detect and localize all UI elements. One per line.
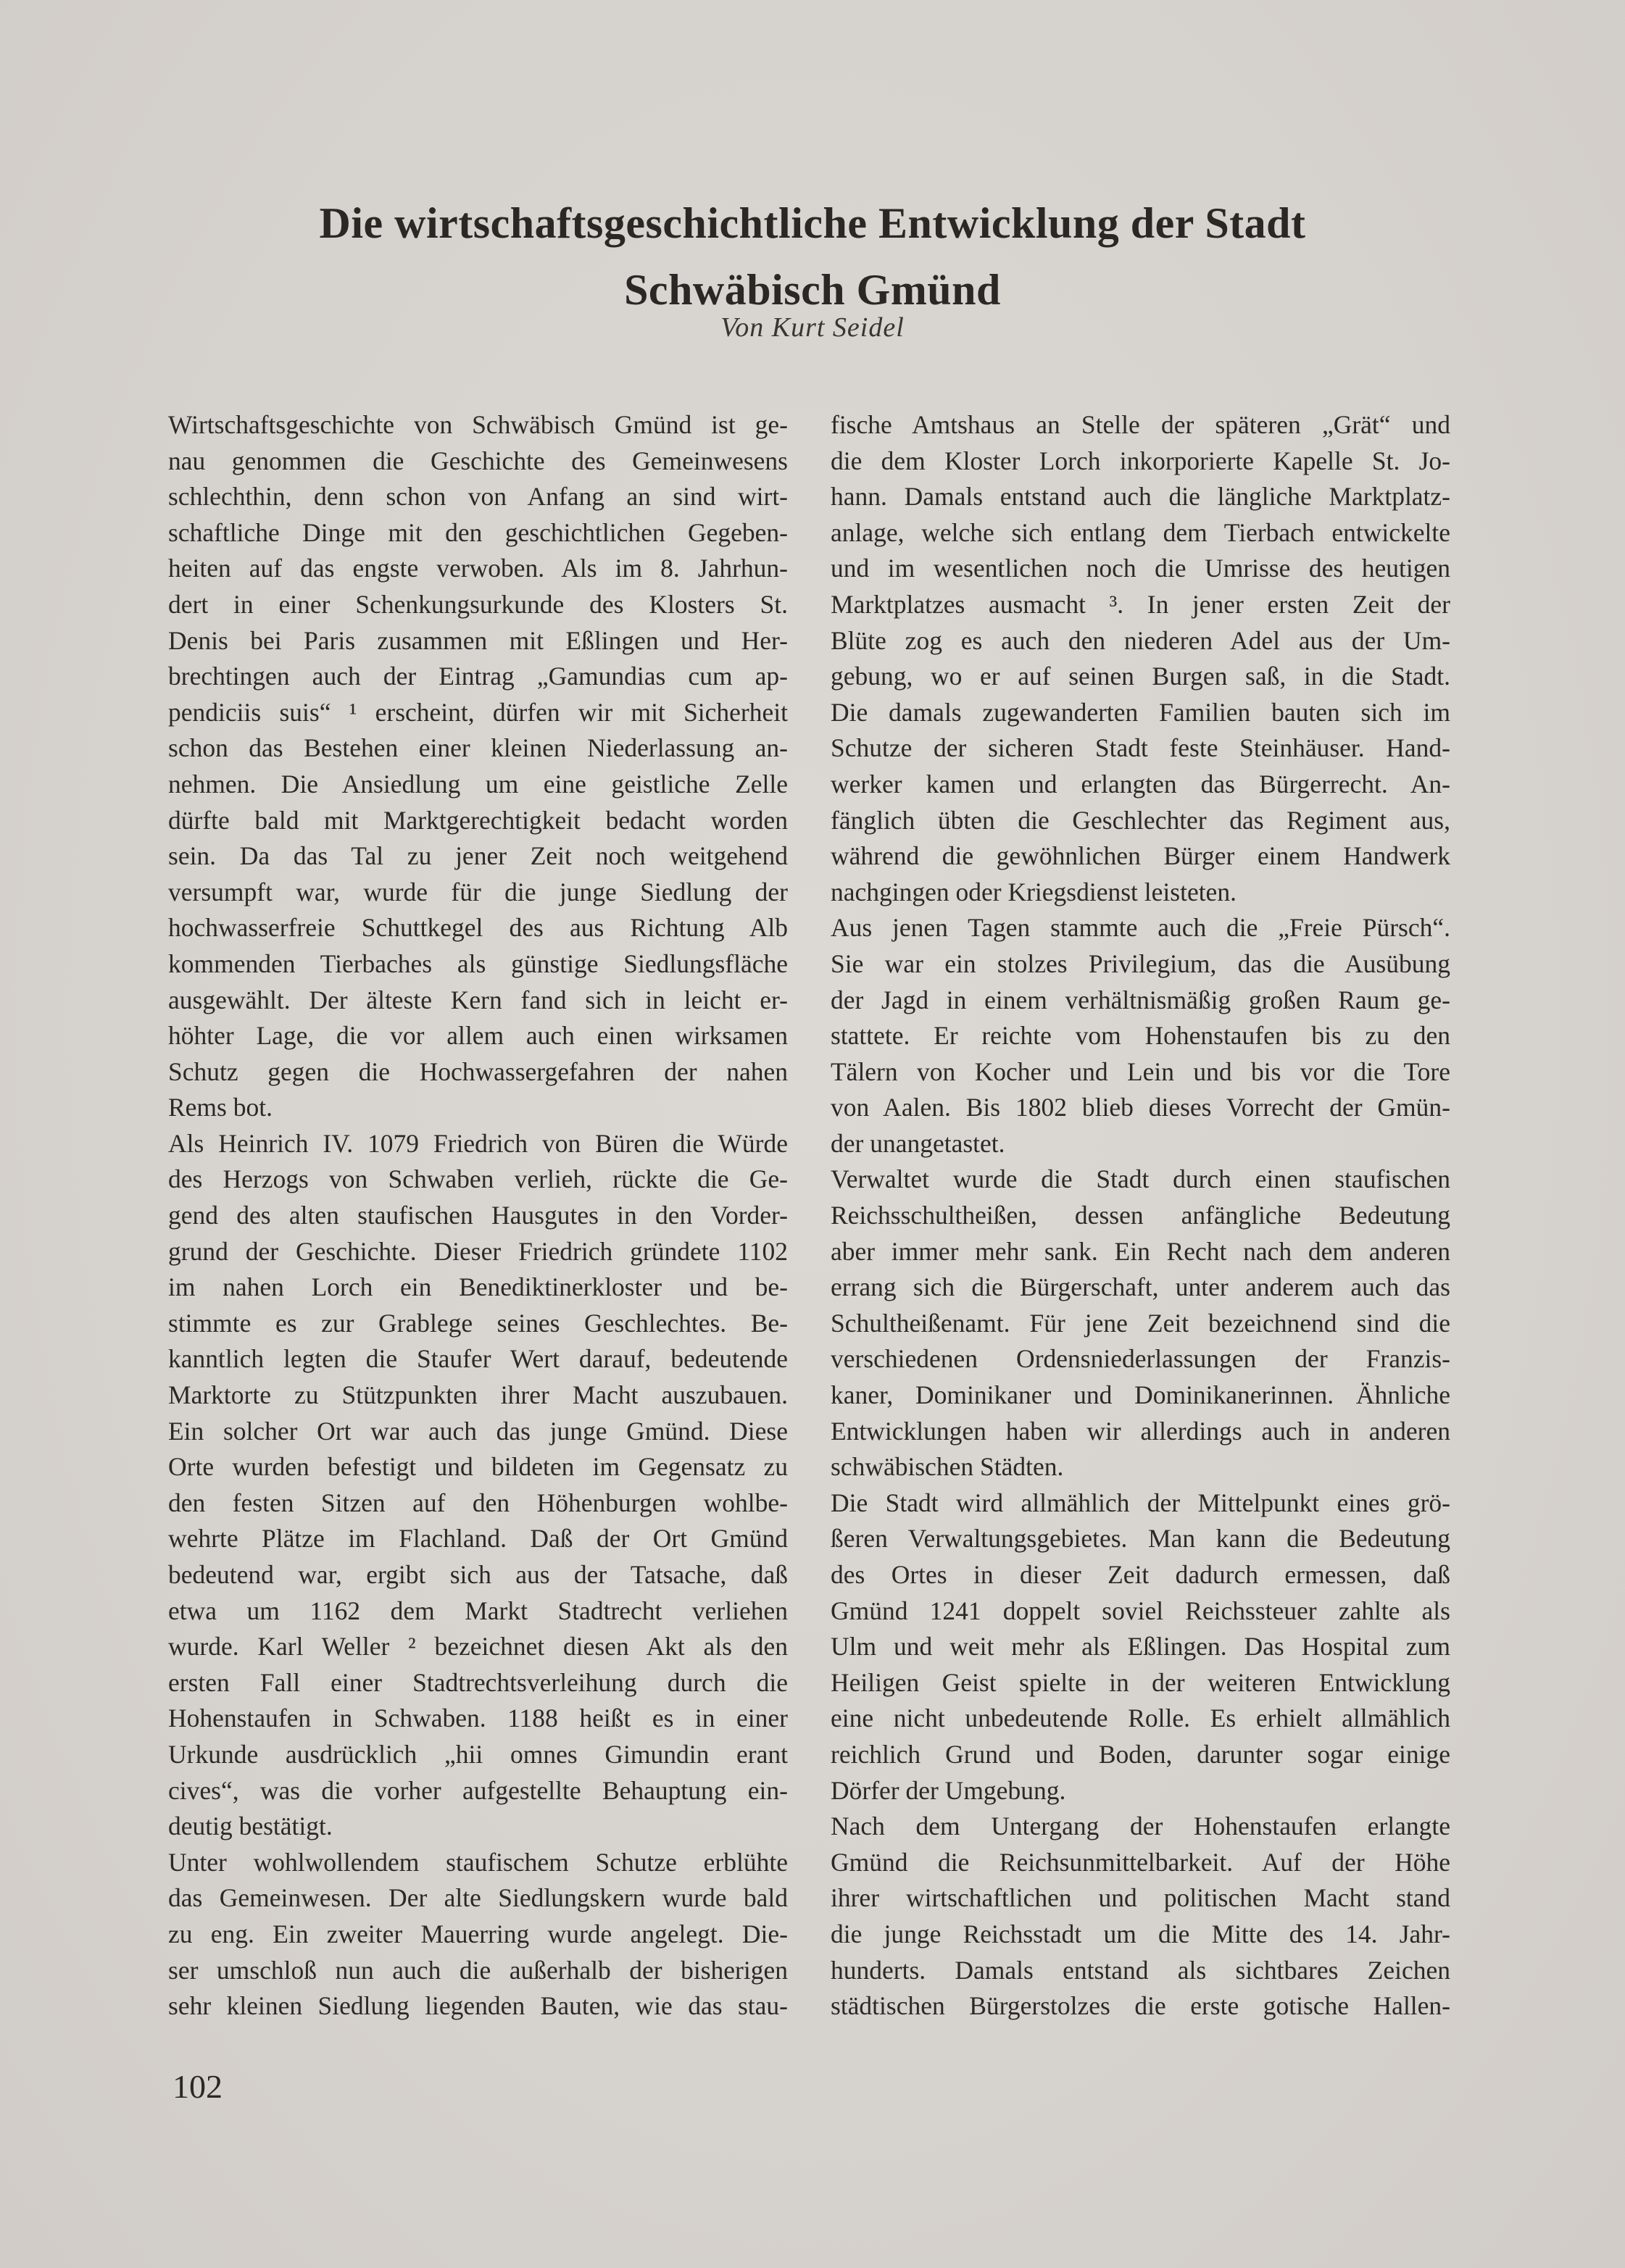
text-line: heiten auf das engste verwoben. Als im 8… (168, 551, 788, 587)
text-line: den festen Sitzen auf den Höhenburgen wo… (168, 1485, 788, 1522)
text-line: Orte wurden befestigt und bildeten im Ge… (168, 1449, 788, 1485)
text-line: Ein solcher Ort war auch das junge Gmünd… (168, 1414, 788, 1450)
text-line: versumpft war, wurde für die junge Siedl… (168, 875, 788, 911)
text-line: von Aalen. Bis 1802 blieb dieses Vorrech… (831, 1090, 1450, 1126)
text-line: die dem Kloster Lorch inkorporierte Kape… (831, 443, 1450, 480)
text-line: Denis bei Paris zusammen mit Eßlingen un… (168, 623, 788, 659)
text-line: das Gemeinwesen. Der alte Siedlungskern … (168, 1880, 788, 1917)
text-line: anlage, welche sich entlang dem Tierbach… (831, 515, 1450, 551)
text-line: cives“, was die vorher aufgestellte Beha… (168, 1773, 788, 1809)
text-line: gend des alten staufischen Hausgutes in … (168, 1198, 788, 1234)
text-line: Tälern von Kocher und Lein und bis vor d… (831, 1054, 1450, 1091)
text-line: Die damals zugewanderten Familien bauten… (831, 695, 1450, 731)
text-line: Blüte zog es auch den niederen Adel aus … (831, 623, 1450, 659)
text-line: errang sich die Bürgerschaft, unter ande… (831, 1270, 1450, 1306)
text-line: schlechthin, denn schon von Anfang an si… (168, 479, 788, 515)
text-line: werker kamen und erlangten das Bürgerrec… (831, 767, 1450, 803)
text-line: ausgewählt. Der älteste Kern fand sich i… (168, 983, 788, 1019)
text-line: stattete. Er reichte vom Hohenstaufen bi… (831, 1018, 1450, 1054)
text-line: Rems bot. (168, 1090, 788, 1126)
page-number: 102 (173, 2067, 223, 2106)
text-line: Unter wohlwollendem staufischem Schutze … (168, 1845, 788, 1881)
text-line: höhter Lage, die vor allem auch einen wi… (168, 1018, 788, 1054)
text-line: während die gewöhnlichen Bürger einem Ha… (831, 838, 1450, 875)
text-line: hann. Damals entstand auch die längliche… (831, 479, 1450, 515)
text-line: Schutze der sicheren Stadt feste Steinhä… (831, 730, 1450, 767)
text-line: die junge Reichsstadt um die Mitte des 1… (831, 1917, 1450, 1953)
text-line: pendiciis suis“ ¹ erscheint, dürfen wir … (168, 695, 788, 731)
text-line: Verwaltet wurde die Stadt durch einen st… (831, 1162, 1450, 1198)
text-line: Marktplatzes ausmacht ³. In jener ersten… (831, 587, 1450, 623)
text-line: nau genommen die Geschichte des Gemeinwe… (168, 443, 788, 480)
text-line: dert in einer Schenkungsurkunde des Klos… (168, 587, 788, 623)
text-line: städtischen Bürgerstolzes die erste goti… (831, 1988, 1450, 2025)
text-line: Urkunde ausdrücklich „hii omnes Gimundin… (168, 1737, 788, 1773)
text-line: grund der Geschichte. Dieser Friedrich g… (168, 1234, 788, 1270)
article-title: Die wirtschaftsgeschichtliche Entwicklun… (0, 190, 1625, 323)
text-line: wehrte Plätze im Flachland. Daß der Ort … (168, 1521, 788, 1557)
text-column-left: Wirtschaftsgeschichte von Schwäbisch Gmü… (168, 407, 788, 2025)
text-column-right: fische Amtshaus an Stelle der späteren „… (831, 407, 1450, 2025)
text-line: Reichsschultheißen, dessen anfängliche B… (831, 1198, 1450, 1234)
text-line: Dörfer der Umgebung. (831, 1773, 1450, 1809)
text-line: des Ortes in dieser Zeit dadurch ermesse… (831, 1557, 1450, 1593)
text-line: schon das Bestehen einer kleinen Niederl… (168, 730, 788, 767)
text-line: aber immer mehr sank. Ein Recht nach dem… (831, 1234, 1450, 1270)
text-line: Sie war ein stolzes Privilegium, das die… (831, 946, 1450, 983)
text-line: Heiligen Geist spielte in der weiteren E… (831, 1665, 1450, 1701)
text-line: stimmte es zur Grablege seines Geschlech… (168, 1306, 788, 1342)
text-line: brechtingen auch der Eintrag „Gamundias … (168, 659, 788, 695)
text-line: der unangetastet. (831, 1126, 1450, 1162)
text-line: dürfte bald mit Marktgerechtigkeit bedac… (168, 803, 788, 839)
author-byline: Von Kurt Seidel (0, 312, 1625, 343)
text-line: fische Amtshaus an Stelle der späteren „… (831, 407, 1450, 443)
text-line: des Herzogs von Schwaben verlieh, rückte… (168, 1162, 788, 1198)
text-line: ßeren Verwaltungsgebietes. Man kann die … (831, 1521, 1450, 1557)
text-line: Schultheißenamt. Für jene Zeit bezeichne… (831, 1306, 1450, 1342)
text-line: Gmünd die Reichsunmittelbarkeit. Auf der… (831, 1845, 1450, 1881)
text-line: wurde. Karl Weller ² bezeichnet diesen A… (168, 1629, 788, 1665)
text-line: hochwasserfreie Schuttkegel des aus Rich… (168, 910, 788, 946)
text-line: Wirtschaftsgeschichte von Schwäbisch Gmü… (168, 407, 788, 443)
text-line: eine nicht unbedeutende Rolle. Es erhiel… (831, 1701, 1450, 1737)
text-line: ersten Fall einer Stadtrechtsverleihung … (168, 1665, 788, 1701)
text-line: schwäbischen Städten. (831, 1449, 1450, 1485)
text-line: gebung, wo er auf seinen Burgen saß, in … (831, 659, 1450, 695)
text-line: kanntlich legten die Staufer Wert darauf… (168, 1341, 788, 1377)
text-line: Ulm und weit mehr als Eßlingen. Das Hosp… (831, 1629, 1450, 1665)
text-line: Nach dem Untergang der Hohenstaufen erla… (831, 1809, 1450, 1845)
text-line: Marktorte zu Stützpunkten ihrer Macht au… (168, 1377, 788, 1414)
text-line: Aus jenen Tagen stammte auch die „Freie … (831, 910, 1450, 946)
text-line: sehr kleinen Siedlung liegenden Bauten, … (168, 1988, 788, 2025)
text-line: fänglich übten die Geschlechter das Regi… (831, 803, 1450, 839)
text-line: hunderts. Damals entstand als sichtbares… (831, 1953, 1450, 1989)
text-line: Schutz gegen die Hochwassergefahren der … (168, 1054, 788, 1091)
text-line: im nahen Lorch ein Benediktinerkloster u… (168, 1270, 788, 1306)
text-line: etwa um 1162 dem Markt Stadtrecht verlie… (168, 1593, 788, 1630)
text-line: schaftliche Dinge mit den geschichtliche… (168, 515, 788, 551)
text-line: nachgingen oder Kriegsdienst leisteten. (831, 875, 1450, 911)
text-line: sein. Da das Tal zu jener Zeit noch weit… (168, 838, 788, 875)
title-line-1: Die wirtschaftsgeschichtliche Entwicklun… (0, 190, 1625, 257)
text-line: bedeutend war, ergibt sich aus der Tatsa… (168, 1557, 788, 1593)
text-line: Die Stadt wird allmählich der Mittelpunk… (831, 1485, 1450, 1522)
text-line: nehmen. Die Ansiedlung um eine geistlich… (168, 767, 788, 803)
text-line: der Jagd in einem verhältnismäßig großen… (831, 983, 1450, 1019)
text-line: und im wesentlichen noch die Umrisse des… (831, 551, 1450, 587)
text-line: reichlich Grund und Boden, darunter soga… (831, 1737, 1450, 1773)
text-line: kaner, Dominikaner und Dominikanerinnen.… (831, 1377, 1450, 1414)
text-line: Als Heinrich IV. 1079 Friedrich von Büre… (168, 1126, 788, 1162)
text-line: zu eng. Ein zweiter Mauerring wurde ange… (168, 1917, 788, 1953)
text-line: kommenden Tierbaches als günstige Siedlu… (168, 946, 788, 983)
text-line: ser umschloß nun auch die außerhalb der … (168, 1953, 788, 1989)
text-line: Gmünd 1241 doppelt soviel Reichssteuer z… (831, 1593, 1450, 1630)
text-line: ihrer wirtschaftlichen und politischen M… (831, 1880, 1450, 1917)
text-line: deutig bestätigt. (168, 1809, 788, 1845)
text-line: verschiedenen Ordensniederlassungen der … (831, 1341, 1450, 1377)
text-line: Hohenstaufen in Schwaben. 1188 heißt es … (168, 1701, 788, 1737)
text-line: Entwicklungen haben wir allerdings auch … (831, 1414, 1450, 1450)
